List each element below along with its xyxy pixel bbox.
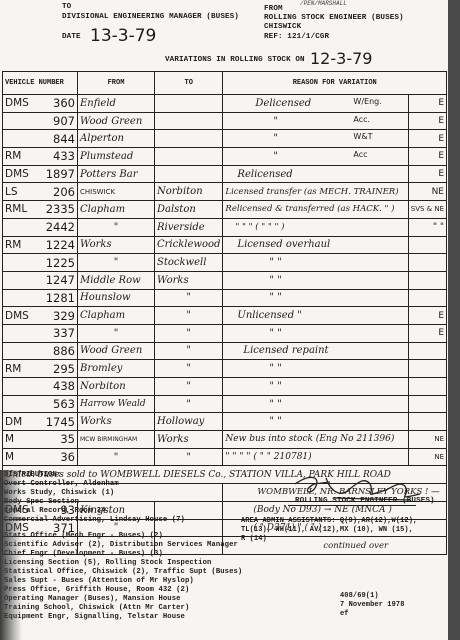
reason: " " (223, 360, 408, 378)
to-garage: Norbiton (155, 183, 223, 201)
code: SVS & NE (408, 201, 446, 219)
code: E (408, 95, 446, 113)
to-recipient: DIVISIONAL ENGINEERING MANAGER (BUSES) (62, 13, 239, 21)
table-row: 1225 " Stockwell " " (3, 254, 447, 272)
table-row: DMS 329 Clapham " Unlicensed " E (3, 307, 447, 325)
distribution-item: Sales Supt - Buses (Attention of Mr Hysl… (4, 577, 242, 586)
vehicle-type: DMS (3, 165, 42, 183)
reason: Relicensed & transferred (as HACK. " ) (223, 201, 408, 219)
to-garage: " (155, 395, 223, 413)
header-to: TO (155, 72, 223, 95)
code (408, 360, 446, 378)
vehicle-number: 35 (41, 431, 78, 449)
vehicle-type: M (3, 431, 42, 449)
from-garage: Harrow Weald (78, 395, 155, 413)
vehicle-type (3, 395, 42, 413)
table-row: RM 295 Bromley " " " (3, 360, 447, 378)
code (408, 395, 446, 413)
code (408, 254, 446, 272)
distribution-item: Stats Office (Mech Engr - Buses) (2) (4, 532, 242, 541)
vehicle-type: RML (3, 201, 42, 219)
code (408, 342, 446, 360)
vehicle-number: 563 (41, 395, 78, 413)
table-row: M 36 " " " " " " ( " " 210781) NE (3, 448, 447, 466)
reason: " " (223, 324, 408, 342)
to-garage: " (155, 289, 223, 307)
header-vehicle-number: VEHICLE NUMBER (3, 72, 78, 95)
reason-sub: Acc (353, 150, 367, 159)
code (408, 271, 446, 289)
distribution-item: Licensing Section (5), Rolling Stock Ins… (4, 559, 242, 568)
code (408, 378, 446, 396)
vehicle-number: 329 (41, 307, 78, 325)
vehicle-number: 1225 (41, 254, 78, 272)
code: E (408, 148, 446, 166)
vehicle-number: 36 (41, 448, 78, 466)
stamp-marking: /PEN/MARSHALL (300, 0, 347, 7)
vehicle-type: DMS (3, 95, 42, 113)
document-page: TO DIVISIONAL ENGINEERING MANAGER (BUSES… (0, 0, 448, 640)
table-row: LS 206 CHISWICK Norbiton Licensed transf… (3, 183, 447, 201)
from-garage: " (78, 324, 155, 342)
reason-text: " (225, 116, 278, 127)
vehicle-type (3, 218, 42, 236)
reference-number: REF: 121/1/CGR (264, 33, 329, 41)
vehicle-type: RM (3, 148, 42, 166)
variations-title: VARIATIONS IN ROLLING STOCK ON (165, 56, 305, 64)
to-garage: Stockwell (155, 254, 223, 272)
from-garage: Alperton (78, 130, 155, 148)
header-from: FROM (78, 72, 155, 95)
table-row: 907 Wood Green "Acc. E (3, 112, 447, 130)
distribution-item: Chief Engr (Development - Buses) (3) (4, 550, 242, 559)
to-garage: " (155, 324, 223, 342)
to-garage (155, 165, 223, 183)
distribution-item: Commercial Advertising, Lindsay House (7… (4, 516, 242, 525)
distribution-heading: DISTRIBUTION: (4, 471, 242, 480)
vehicle-number: 206 (41, 183, 78, 201)
vehicle-number: 907 (41, 112, 78, 130)
to-garage (155, 148, 223, 166)
code: NE (408, 431, 446, 449)
distribution-item: Works Study, Chiswick (1) (4, 489, 242, 498)
reason: "W&T (223, 130, 408, 148)
code: NE (408, 448, 446, 466)
reason: " " (223, 271, 408, 289)
footer-initials: ef (340, 610, 405, 619)
from-garage: " (78, 448, 155, 466)
to-garage (155, 112, 223, 130)
vehicle-type (3, 112, 42, 130)
from-garage: Potters Bar (78, 165, 155, 183)
reason-sub: Acc. (353, 115, 370, 124)
header-reason: REASON FOR VARIATION (223, 72, 447, 95)
from-garage: Plumstead (78, 148, 155, 166)
distribution-item: Body Spec Section (4, 498, 242, 507)
reason: " " " ( " " " ) (223, 218, 408, 236)
distribution-item: Central Record, Room 34 (4, 507, 242, 516)
vehicle-number: 433 (41, 148, 78, 166)
to-garage: " (155, 307, 223, 325)
vehicle-type (3, 324, 42, 342)
reason: Unlicensed " (223, 307, 408, 325)
from-garage: Works (78, 236, 155, 254)
vehicle-type (3, 254, 42, 272)
from-garage: Works (78, 413, 155, 431)
vehicle-type: DMS (3, 307, 42, 325)
signatory-title: ROLLING STOCK ENGINEER (BUSES) (295, 497, 435, 505)
from-garage: " (78, 218, 155, 236)
table-row: 886 Wood Green " Licensed repaint (3, 342, 447, 360)
vehicle-number: 2335 (41, 201, 78, 219)
vehicle-number: 1897 (41, 165, 78, 183)
vehicle-number: 1281 (41, 289, 78, 307)
area-admin-line: TL(13), WH(11), AV(12),MX (10), WN (15), (241, 526, 417, 535)
reason: Licensed transfer (as MECH. TRAINER) (223, 183, 408, 201)
from-garage: Wood Green (78, 112, 155, 130)
date-label: DATE (62, 33, 81, 41)
vehicle-type (3, 378, 42, 396)
from-garage: MCW BIRMINGHAM (78, 431, 155, 449)
vehicle-number: 360 (41, 95, 78, 113)
distribution-item: Scientific Adviser (2), Distribution Ser… (4, 541, 242, 550)
vehicle-number: 844 (41, 130, 78, 148)
from-garage: Middle Row (78, 271, 155, 289)
reason-sub: W/Eng. (353, 97, 381, 106)
from-garage: Hounslow (78, 289, 155, 307)
variations-date: 12-3-79 (310, 49, 372, 68)
footer-date: 7 November 1978 (340, 601, 405, 610)
reason: New bus into stock (Eng No 211396) (223, 431, 408, 449)
reason-text: Delicensed (225, 98, 311, 109)
to-garage (155, 130, 223, 148)
reason-text: " (225, 151, 278, 162)
vehicle-type (3, 289, 42, 307)
from-garage: " (78, 254, 155, 272)
reason: DelicensedW/Eng. (223, 95, 408, 113)
table-row: 844 Alperton "W&T E (3, 130, 447, 148)
code: " " (408, 218, 446, 236)
distribution-item: Statistical Office, Chiswick (2), Traffi… (4, 568, 242, 577)
from-garage: Clapham (78, 307, 155, 325)
to-garage: " (155, 448, 223, 466)
to-garage: " (155, 378, 223, 396)
vehicle-number: 886 (41, 342, 78, 360)
area-admin-assistants: AREA ADMIN ASSISTANTS: Q(9),AR(12),W(12)… (241, 517, 417, 544)
table-row: RM 433 Plumstead "Acc E (3, 148, 447, 166)
vehicle-type: DM (3, 413, 42, 431)
area-admin-line: AREA ADMIN ASSISTANTS: Q(9),AR(12),W(12)… (241, 517, 417, 526)
code (408, 413, 446, 431)
distribution-item: Operating Manager (Buses), Mansion House (4, 595, 242, 604)
table-row: 2442 " Riverside " " " ( " " " ) " " (3, 218, 447, 236)
area-admin-line: R (14) (241, 535, 417, 544)
code (408, 289, 446, 307)
reason: " " (223, 289, 408, 307)
code: NE (408, 183, 446, 201)
vehicle-type: RM (3, 236, 42, 254)
from-sender: ROLLING STOCK ENGINEER (BUSES) (264, 14, 404, 22)
from-garage: CHISWICK (78, 183, 155, 201)
to-garage: Holloway (155, 413, 223, 431)
vehicle-number: 1247 (41, 271, 78, 289)
reason: " " (223, 395, 408, 413)
footer-ref-number: 408/69(1) (340, 592, 405, 601)
table-row: 337 " " " " E (3, 324, 447, 342)
to-garage: Cricklewood (155, 236, 223, 254)
vehicle-type (3, 271, 42, 289)
reason: Licensed repaint (223, 342, 408, 360)
from-garage: Norbiton (78, 378, 155, 396)
from-garage: Bromley (78, 360, 155, 378)
vehicle-number: 438 (41, 378, 78, 396)
reason: Relicensed (223, 165, 408, 183)
reason: "Acc. (223, 112, 408, 130)
vehicle-type (3, 130, 42, 148)
vehicle-type (3, 342, 42, 360)
reason: " " " " ( " " 210781) (223, 448, 408, 466)
code: E (408, 307, 446, 325)
distribution-item: Training School, Chiswick (Attn Mr Carte… (4, 604, 242, 613)
table-row: RM 1224 Works Cricklewood Licensed overh… (3, 236, 447, 254)
vehicle-number: 295 (41, 360, 78, 378)
code: E (408, 130, 446, 148)
from-label: FROM (264, 5, 283, 13)
scan-edge (448, 0, 460, 640)
distribution-item: Press Office, Griffith House, Room 432 (… (4, 586, 242, 595)
table-row: 438 Norbiton " " " (3, 378, 447, 396)
to-label: TO (62, 3, 71, 11)
from-location: CHISWICK (264, 23, 301, 31)
footer-reference: 408/69(1) 7 November 1978 ef (340, 592, 405, 619)
vehicle-number: 1745 (41, 413, 78, 431)
reason: " " (223, 378, 408, 396)
distribution-item: Equipment Engr, Signalling, Telstar Hous… (4, 613, 242, 622)
table-row: 563 Harrow Weald " " " (3, 395, 447, 413)
table-row: 1281 Hounslow " " " (3, 289, 447, 307)
date-value: 13-3-79 (90, 26, 156, 46)
table-row: 1247 Middle Row Works " " (3, 271, 447, 289)
reason: " " (223, 254, 408, 272)
from-garage: Clapham (78, 201, 155, 219)
distribution-list: DISTRIBUTION: Overt Controller, Aldenham… (4, 471, 242, 623)
from-garage: Wood Green (78, 342, 155, 360)
to-garage: Riverside (155, 218, 223, 236)
reason: "Acc (223, 148, 408, 166)
reason: " " (223, 413, 408, 431)
vehicle-type: M (3, 448, 42, 466)
distribution-item: Overt Controller, Aldenham (4, 480, 242, 489)
code (408, 236, 446, 254)
to-garage: Works (155, 431, 223, 449)
to-garage: " (155, 360, 223, 378)
table-row: M 35 MCW BIRMINGHAM Works New bus into s… (3, 431, 447, 449)
vehicle-type: LS (3, 183, 42, 201)
reason-sub: W&T (353, 132, 372, 141)
vehicle-number: 337 (41, 324, 78, 342)
reason-text: " (225, 133, 278, 144)
scan-shadow (0, 470, 22, 640)
code: E (408, 112, 446, 130)
code: E (408, 165, 446, 183)
vehicle-number: 1224 (41, 236, 78, 254)
to-garage: Works (155, 271, 223, 289)
to-garage: Dalston (155, 201, 223, 219)
reason: Licensed overhaul (223, 236, 408, 254)
from-garage: Enfield (78, 95, 155, 113)
to-garage: " (155, 342, 223, 360)
to-garage (155, 95, 223, 113)
signature-line (288, 505, 416, 506)
table-row: DM 1745 Works Holloway " " (3, 413, 447, 431)
reason-text: Relicensed (225, 169, 292, 180)
code: E (408, 324, 446, 342)
table-row: DMS 1897 Potters Bar Relicensed E (3, 165, 447, 183)
table-header-row: VEHICLE NUMBER FROM TO REASON FOR VARIAT… (3, 72, 447, 95)
vehicle-number: 2442 (41, 218, 78, 236)
table-row: DMS 360 Enfield DelicensedW/Eng. E (3, 95, 447, 113)
table-row: RML 2335 Clapham Dalston Relicensed & tr… (3, 201, 447, 219)
vehicle-type: RM (3, 360, 42, 378)
